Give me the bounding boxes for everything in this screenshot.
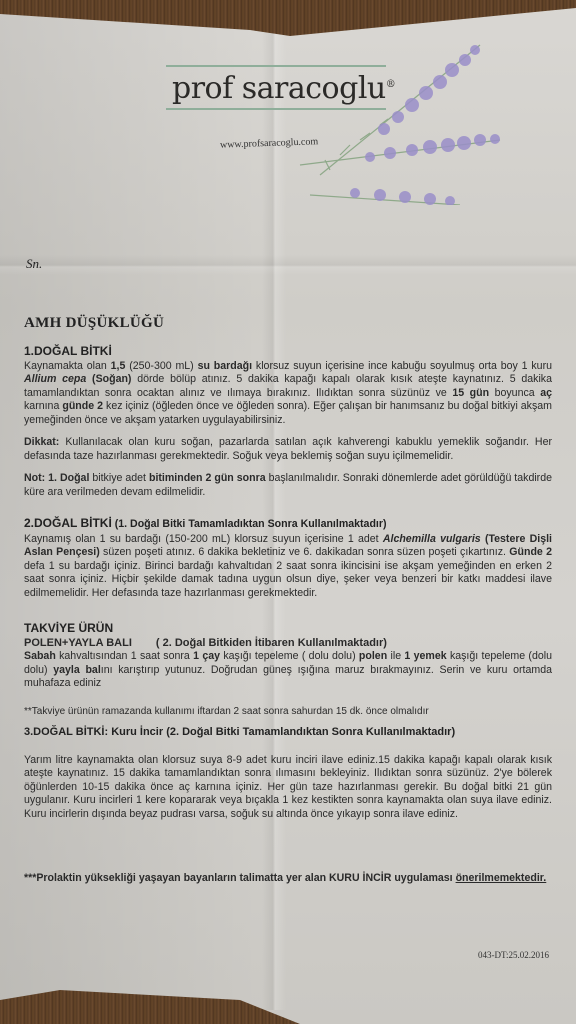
not-note: Not: 1. Doğal bitkiye adet bitiminden 2 … (24, 472, 552, 499)
brand-logo: prof saracoglu® (166, 65, 386, 110)
logo-bottom-line (166, 108, 386, 110)
section-2-heading: 2.DOĞAL BİTKİ (1. Doğal Bitki Tamamladık… (24, 517, 552, 532)
section-3: 3.DOĞAL BİTKİ: Kuru İncir (2. Doğal Bitk… (24, 726, 552, 821)
leaflet-paper: prof saracoglu® www.profsaracoglu.com Sn… (0, 0, 576, 1024)
supplement-subheading: POLEN+YAYLA BALI( 2. Doğal Bitkiden İtib… (24, 637, 552, 651)
logo-top-line (166, 65, 386, 67)
paper-shadow (0, 0, 260, 1024)
section-3-instructions: Yarım litre kaynamakta olan klorsuz suya… (24, 754, 552, 822)
lavender-illustration-icon (280, 25, 510, 205)
prolactin-warning: ***Prolaktin yüksekliği yaşayan bayanlar… (24, 872, 552, 886)
supplement-section: TAKVİYE ÜRÜN POLEN+YAYLA BALI( 2. Doğal … (24, 622, 552, 718)
section-2-instructions: Kaynamış olan 1 su bardağı (150-200 mL) … (24, 533, 552, 601)
document-code: 043-DT:25.02.2016 (478, 950, 549, 960)
document-title: AMH DÜŞÜKLÜĞÜ (24, 315, 164, 332)
section-1: 1.DOĞAL BİTKİ Kaynamakta olan 1,5 (250-3… (24, 345, 552, 499)
supplement-footnote: **Takviye ürünün ramazanda kullanımı ift… (24, 705, 552, 719)
horizontal-fold (0, 255, 576, 275)
registered-mark: ® (386, 79, 396, 90)
supplement-heading: TAKVİYE ÜRÜN (24, 622, 552, 636)
section-3-heading: 3.DOĞAL BİTKİ: Kuru İncir (2. Doğal Bitk… (24, 726, 552, 740)
salutation: Sn. (26, 256, 42, 272)
section-2: 2.DOĞAL BİTKİ (1. Doğal Bitki Tamamladık… (24, 517, 552, 600)
brand-name: prof saracoglu (172, 71, 386, 106)
section-1-heading: 1.DOĞAL BİTKİ (24, 345, 552, 359)
supplement-instructions: Sabah kahvaltısından 1 saat sonra 1 çay … (24, 650, 552, 691)
dikkat-note: Dikkat: Kullanılacak olan kuru soğan, pa… (24, 436, 552, 463)
section-1-instructions: Kaynamakta olan 1,5 (250-300 mL) su bard… (24, 360, 552, 428)
